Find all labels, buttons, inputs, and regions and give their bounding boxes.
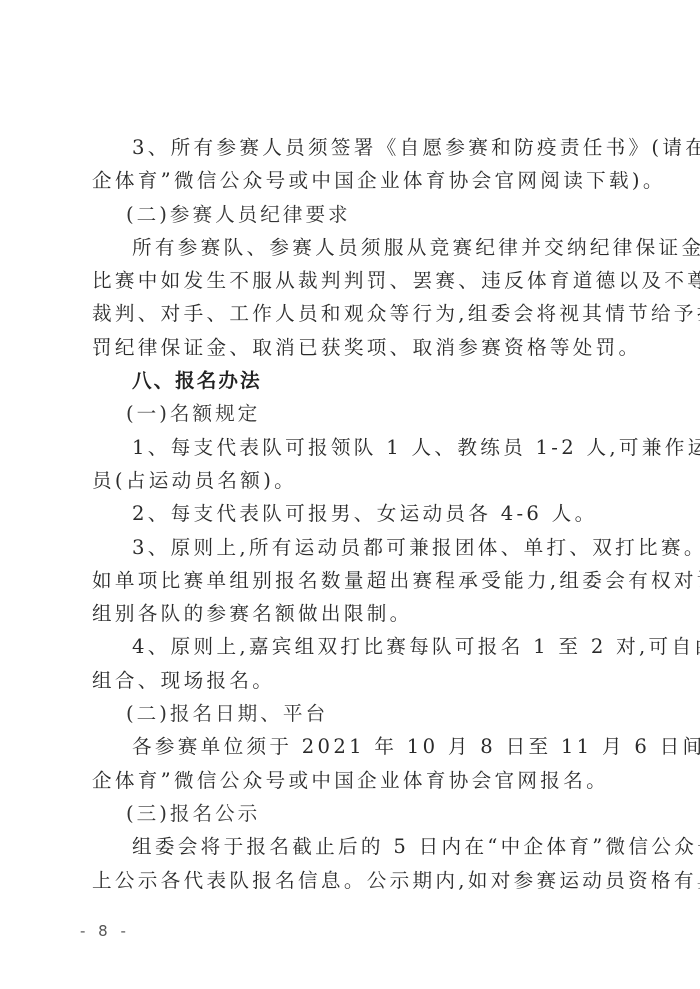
paragraph-line-quota-3: 3、原则上,所有运动员都可兼报团体、单打、双打比赛。	[92, 531, 606, 564]
paragraph-line-discipline-4: 罚纪律保证金、取消已获奖项、取消参赛资格等处罚。	[92, 331, 606, 364]
paragraph-line-quota-3-end: 组别各队的参赛名额做出限制。	[92, 597, 606, 630]
paragraph-line-quota-4: 4、原则上,嘉宾组双打比赛每队可报名 1 至 2 对,可自由	[92, 630, 606, 663]
paragraph-line-announcement-1: 组委会将于报名截止后的 5 日内在“中企体育”微信公众号	[92, 830, 606, 863]
paragraph-line-date-cont: 企体育”微信公众号或中国企业体育协会官网报名。	[92, 764, 606, 797]
subheading-announcement: (三)报名公示	[92, 797, 606, 830]
paragraph-line-discipline-2: 比赛中如发生不服从裁判判罚、罢赛、违反体育道德以及不尊重	[92, 264, 606, 297]
page-number: - 8 -	[80, 922, 130, 940]
paragraph-line-announcement-2: 上公示各代表队报名信息。公示期内,如对参赛运动员资格有异	[92, 864, 606, 897]
paragraph-line-quota-2: 2、每支代表队可报男、女运动员各 4-6 人。	[92, 497, 606, 530]
paragraph-line-quota-3-cont: 如单项比赛单组别报名数量超出赛程承受能力,组委会有权对该	[92, 564, 606, 597]
paragraph-line-discipline-3: 裁判、对手、工作人员和观众等行为,组委会将视其情节给予扣	[92, 297, 606, 330]
subheading-discipline: (二)参赛人员纪律要求	[92, 198, 606, 231]
subheading-date-platform: (二)报名日期、平台	[92, 697, 606, 730]
paragraph-line-signing: 3、所有参赛人员须签署《自愿参赛和防疫责任书》(请在“中	[92, 131, 606, 164]
paragraph-line-quota-1-cont: 员(占运动员名额)。	[92, 464, 606, 497]
paragraph-line-date: 各参赛单位须于 2021 年 10 月 8 日至 11 月 6 日间,通过“中	[92, 730, 606, 763]
subheading-quota: (一)名额规定	[92, 397, 606, 430]
paragraph-line-discipline-1: 所有参赛队、参赛人员须服从竞赛纪律并交纳纪律保证金。	[92, 231, 606, 264]
document-page: 3、所有参赛人员须签署《自愿参赛和防疫责任书》(请在“中 企体育”微信公众号或中…	[92, 131, 606, 897]
paragraph-line-quota-1: 1、每支代表队可报领队 1 人、教练员 1-2 人,可兼作运动	[92, 431, 606, 464]
paragraph-line-quota-4-cont: 组合、现场报名。	[92, 664, 606, 697]
section-heading-registration: 八、报名办法	[92, 364, 606, 397]
paragraph-line-signing-cont: 企体育”微信公众号或中国企业体育协会官网阅读下载)。	[92, 164, 606, 197]
